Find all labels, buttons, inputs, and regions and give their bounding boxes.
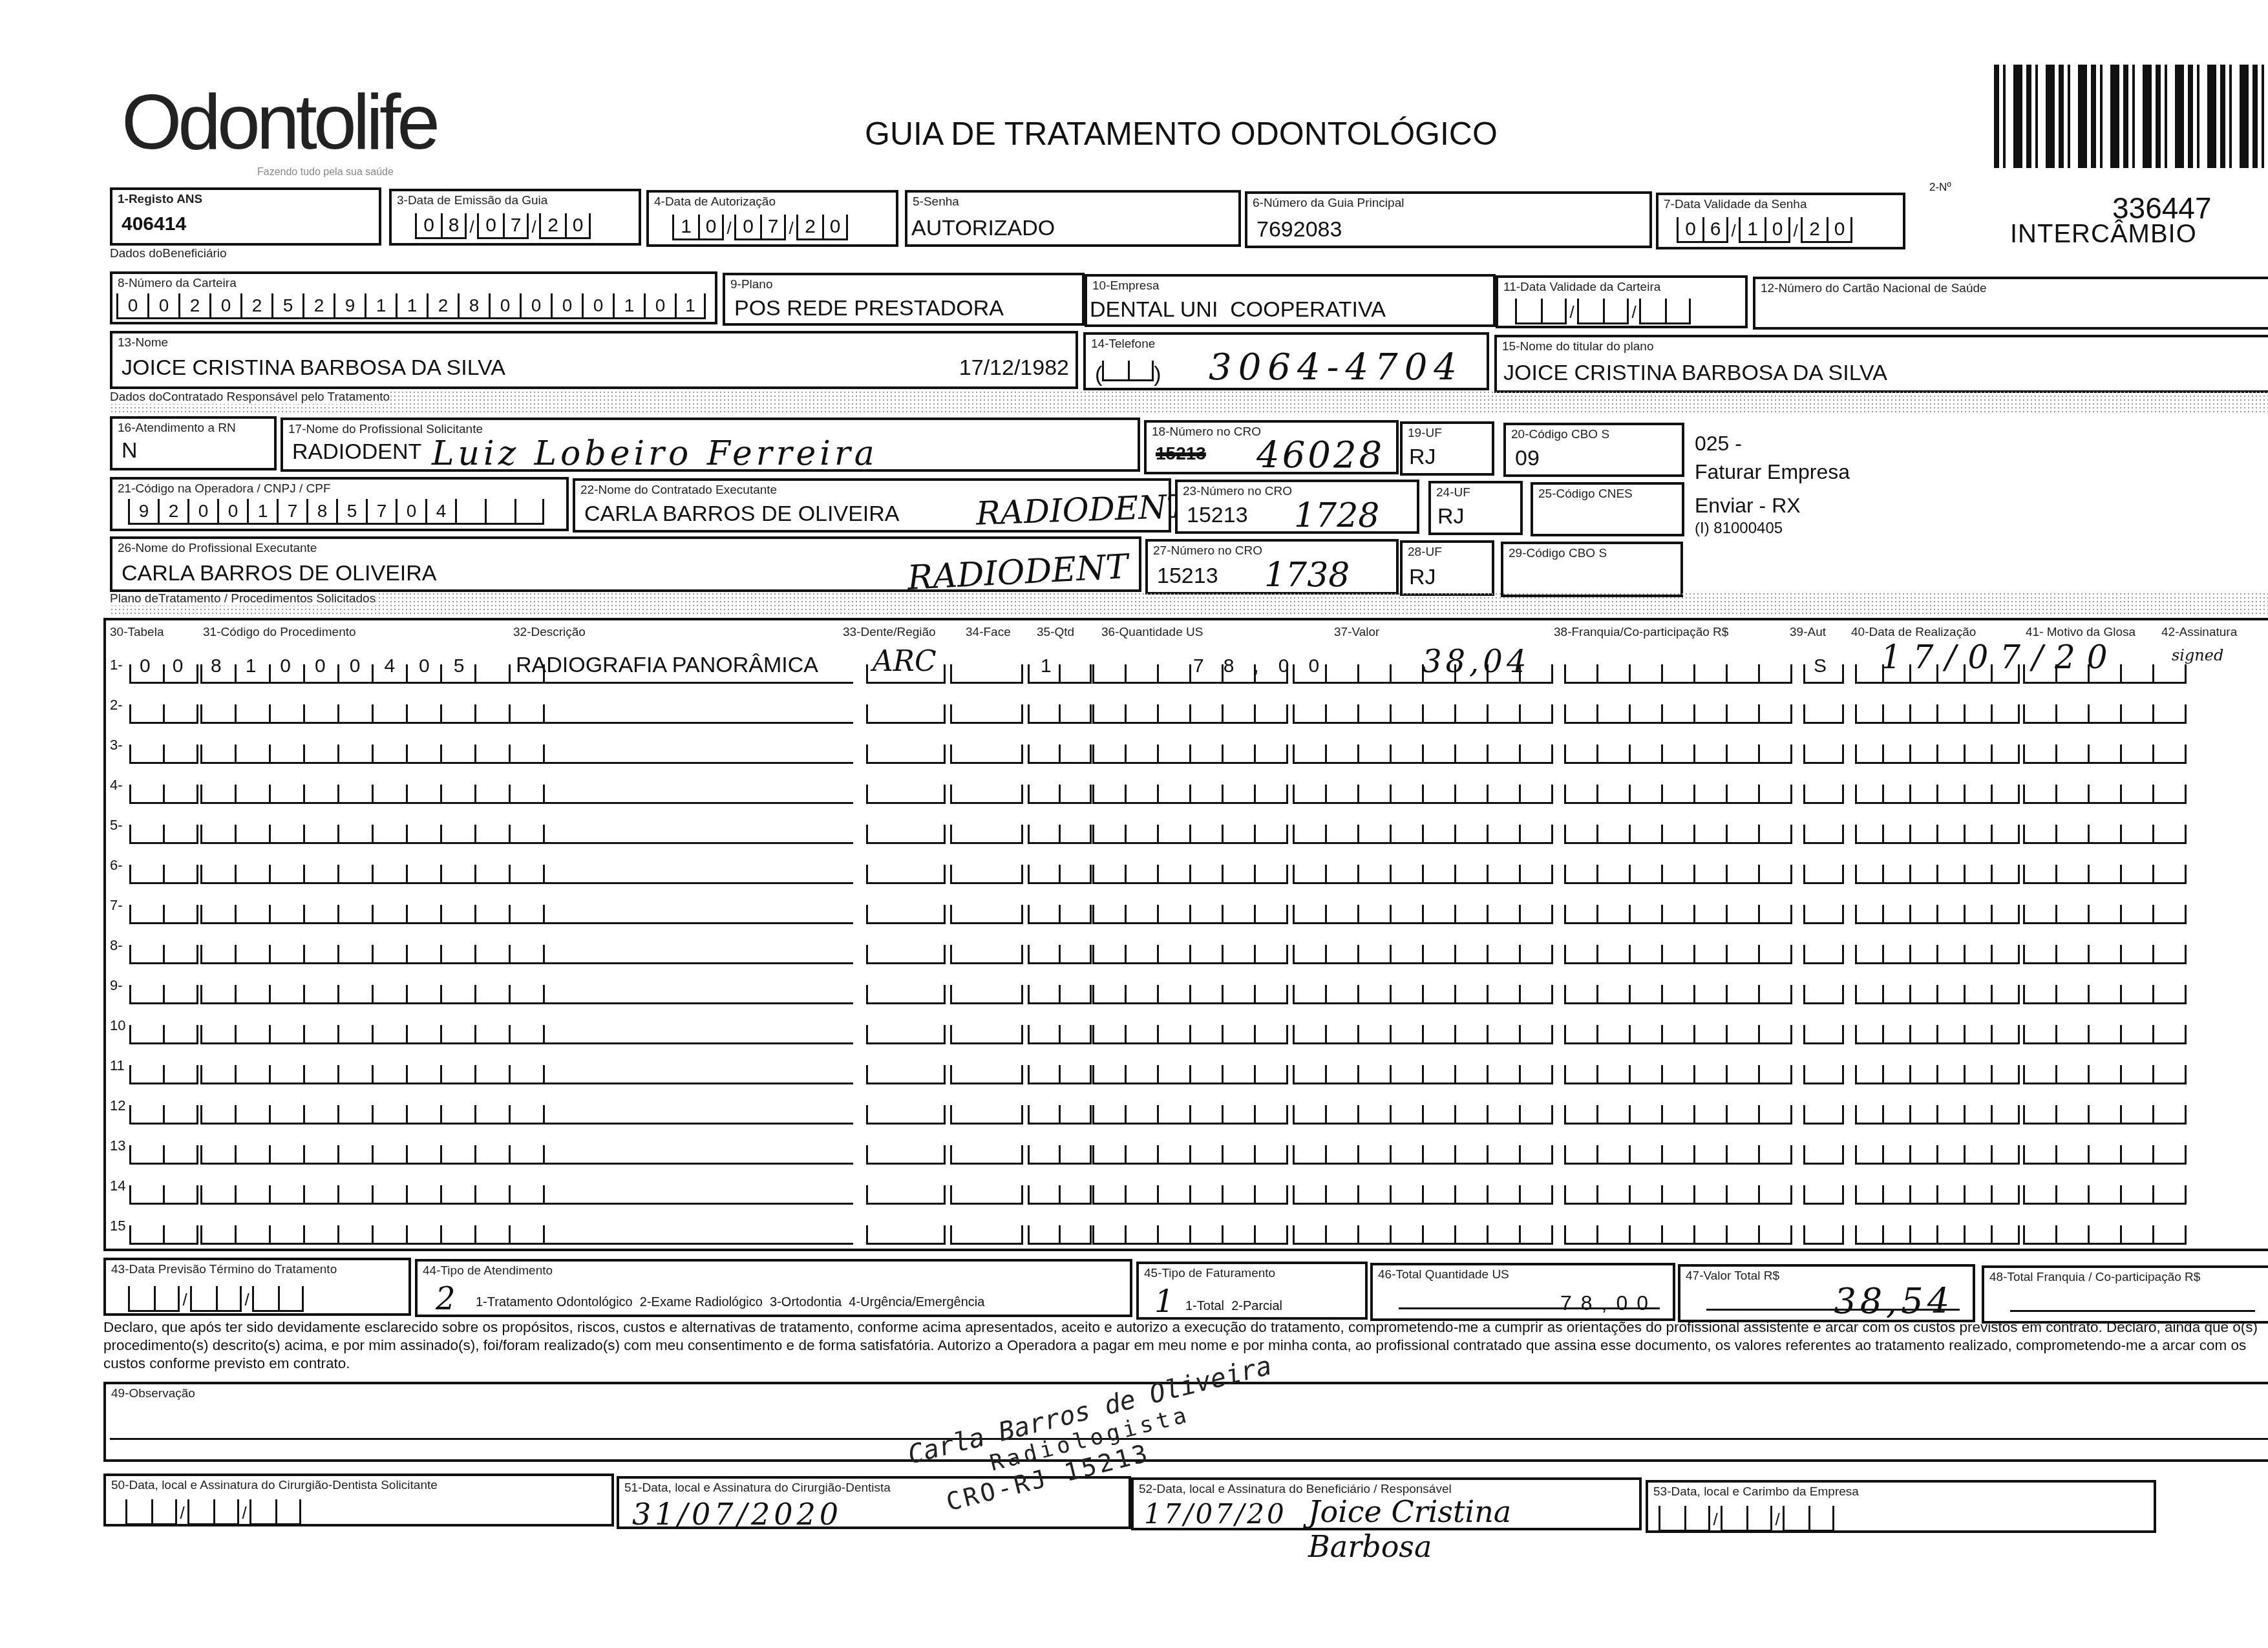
field-uf-executante[interactable]: 24-UF RJ (1428, 481, 1523, 535)
page-title: GUIA DE TRATAMENTO ODONTOLÓGICO (865, 115, 1498, 153)
table-row: 13 (110, 1128, 2268, 1168)
field-assinatura-beneficiario[interactable]: 52-Data, local e Assinatura do Beneficiá… (1131, 1477, 1642, 1530)
field-value: 09 (1515, 446, 1540, 471)
field-value: JOICE CRISTINA BARBOSA DA SILVA (122, 355, 505, 381)
col-qtd: 35-Qtd (1037, 626, 1074, 640)
col-descricao: 32-Descrição (513, 626, 586, 640)
field-label: 11-Data Validade da Carteira (1503, 280, 1660, 295)
field-nome[interactable]: 13-Nome JOICE CRISTINA BARBOSA DA SILVA … (110, 331, 1078, 389)
table-row: 7- (110, 888, 2268, 928)
row-number: 12 (110, 1097, 132, 1114)
field-codigo-operadora[interactable]: 21-Código na Operadora / CNPJ / CPF 9200… (110, 477, 569, 531)
field-label: 8-Número da Carteira (118, 277, 237, 291)
field-assinatura-solicitante[interactable]: 50-Data, local e Assinatura do Cirurgião… (103, 1474, 614, 1527)
cell-codigo: 81000405 (211, 655, 488, 677)
field-total-franquia[interactable]: 48-Total Franquia / Co-participação R$ (1982, 1265, 2268, 1324)
table-row: 10 (110, 1008, 2268, 1048)
table-row: 2- (110, 688, 2268, 728)
field-value: 15213 (1157, 564, 1218, 589)
field-label: 10-Empresa (1092, 279, 1160, 293)
handwritten-cro: 1738 (1264, 556, 1350, 595)
field-label: 45-Tipo de Faturamento (1144, 1267, 1275, 1281)
note-enviar: Enviar - RX (1695, 491, 1850, 520)
col-qtd-us: 36-Quantidade US (1101, 626, 1203, 640)
field-label: 27-Número no CRO (1153, 544, 1262, 558)
side-notes: 025 - Faturar Empresa Enviar - RX (I) 81… (1695, 429, 1850, 538)
col-valor: 37-Valor (1334, 626, 1379, 640)
field-label: 43-Data Previsão Término do Tratamento (111, 1263, 337, 1277)
tipo-faturamento-options: 1-Total 2-Parcial (1185, 1299, 1282, 1314)
cell-aut: S (1814, 655, 1827, 677)
col-tabela: 30-Tabela (110, 626, 164, 640)
field-validade-senha[interactable]: 7-Data Validade da Senha 06/ 10/ 20 (1656, 193, 1905, 249)
field-cro-profissional[interactable]: 27-Número no CRO 15213 1738 (1145, 539, 1399, 595)
table-row: 12 (110, 1088, 2268, 1128)
field-label: 3-Data de Emissão da Guia (397, 194, 547, 208)
field-label: 23-Número no CRO (1183, 485, 1292, 499)
field-label: 13-Nome (118, 336, 168, 350)
field-atendimento-rn[interactable]: 16-Atendimento a RN N (110, 416, 277, 470)
cell-valor: 38,04 (1422, 644, 1530, 680)
field-label: 46-Total Quantidade US (1378, 1268, 1509, 1282)
field-titular[interactable]: 15-Nome do titular do plano JOICE CRISTI… (1494, 335, 2268, 393)
section-beneficiario: Dados doBeneficiário (110, 247, 227, 261)
beneficiario-signature: Joice Cristina Barbosa (1308, 1494, 1639, 1564)
field-value: DENTAL UNI COOPERATIVA (1090, 297, 1386, 322)
handwritten-stamp: RADIODENT (975, 487, 1189, 532)
field-guia-principal[interactable]: 6-Número da Guia Principal 7692083 (1245, 191, 1652, 248)
row-number: 1- (110, 657, 132, 673)
field-label: 21-Código na Operadora / CNPJ / CPF (118, 482, 331, 496)
cell-data: 17/07/20 (1881, 639, 2119, 676)
row-number: 7- (110, 897, 132, 914)
field-label: 53-Data, local e Carimbo da Empresa (1653, 1485, 1859, 1499)
field-label: 48-Total Franquia / Co-participação R$ (1989, 1271, 2200, 1285)
col-face: 34-Face (966, 626, 1011, 640)
field-value: RJ (1437, 504, 1465, 529)
row-number: 6- (110, 857, 132, 874)
cell-descricao: RADIOGRAFIA PANORÂMICA (516, 653, 818, 678)
field-telefone[interactable]: 14-Telefone () 3064-4704 (1083, 332, 1489, 390)
date-digits: // (1515, 299, 1691, 324)
number-label: 2-Nº (1929, 181, 1951, 194)
tipo-atendimento-value: 2 (436, 1281, 456, 1317)
field-registro-ans[interactable]: 1-Registo ANS 406414 (110, 187, 381, 246)
date-digits: // (125, 1499, 301, 1525)
handwritten-name: Luiz Lobeiro Ferreira (432, 434, 878, 473)
field-cbo-solicitante[interactable]: 20-Código CBO S 09 (1503, 423, 1684, 477)
logo: Odontolife Fazendo tudo pela sua saúde (122, 78, 419, 181)
table-row: 15 (110, 1209, 2268, 1249)
note-code: 025 - (1695, 429, 1850, 458)
table-row: 11 (110, 1048, 2268, 1088)
struck-cro: 15213 (1156, 443, 1206, 464)
field-label: 28-UF (1408, 545, 1442, 560)
birth-date: 17/12/1982 (959, 355, 1069, 381)
dentista-date: 31/07/2020 (632, 1497, 842, 1532)
field-value: AUTORIZADO (911, 216, 1055, 241)
table-row: 9- (110, 968, 2268, 1008)
field-value: 15213 (1187, 503, 1248, 528)
col-data: 40-Data de Realização (1851, 626, 1976, 640)
cell-qtd-us: 78,00 (1193, 655, 1339, 677)
section-contratado: Dados doContratado Responsável pelo Trat… (110, 390, 2268, 414)
logo-tagline: Fazendo tudo pela sua saúde (257, 167, 394, 178)
field-cbo-profissional[interactable]: 29-Código CBO S (1501, 542, 1683, 597)
field-value: POS REDE PRESTADORA (734, 296, 1004, 321)
field-label: 16-Atendimento a RN (118, 421, 236, 436)
beneficiario-date: 17/07/20 (1144, 1498, 1287, 1530)
date-digits: // (128, 1286, 304, 1312)
declaration-text: Declaro, que após ter sido devidamente e… (103, 1318, 2262, 1373)
row-number: 14 (110, 1178, 132, 1194)
date-digits: 06/ 10/ 20 (1677, 217, 1852, 243)
field-senha[interactable]: 5-Senha AUTORIZADO (905, 190, 1241, 247)
table-row: 5- (110, 808, 2268, 848)
col-assinatura: 42-Assinatura (2161, 626, 2237, 640)
field-cartao-nacional[interactable]: 12-Número do Cartão Nacional de Saúde (1753, 277, 2268, 330)
carteira-digits: 0020252911280000101 (116, 293, 706, 319)
table-row: 3- (110, 728, 2268, 768)
row-number: 4- (110, 777, 132, 794)
cell-assinatura-mark: signed (2172, 646, 2223, 664)
field-label: 5-Senha (913, 195, 959, 209)
table-row: 8- (110, 928, 2268, 968)
field-value: 406414 (122, 213, 186, 235)
field-valor-total[interactable]: 47-Valor Total R$ 38,54 (1678, 1264, 1975, 1322)
field-label: 7-Data Validade da Senha (1664, 198, 1807, 212)
col-glosa: 41- Motivo da Glosa (2026, 626, 2136, 640)
handwritten-stamp: RADIODENT (907, 547, 1129, 598)
col-aut: 39-Aut (1790, 626, 1826, 640)
logo-text: Odontolife (122, 78, 436, 167)
note-faturar: Faturar Empresa (1695, 458, 1850, 486)
field-label: 20-Código CBO S (1511, 428, 1609, 442)
col-franquia: 38-Franquia/Co-participação R$ (1554, 626, 1728, 640)
field-data-autorizacao[interactable]: 4-Data de Autorização 10/ 07/ 20 (646, 190, 898, 247)
field-value: JOICE CRISTINA BARBOSA DA SILVA (1503, 361, 1887, 386)
field-label: 51-Data, local e Assinatura do Cirurgião… (624, 1481, 891, 1495)
field-label: 18-Número no CRO (1152, 425, 1261, 439)
barcode (1994, 65, 2268, 168)
row-number: 13 (110, 1137, 132, 1154)
field-label: 9-Plano (730, 278, 773, 292)
date-digits: 08/ 07/ 20 (415, 213, 591, 239)
field-uf-solicitante[interactable]: 19-UF RJ (1400, 421, 1494, 476)
cell-qtd: 1 (1041, 655, 1052, 677)
handwritten-cro: 46028 (1256, 434, 1384, 476)
cell-dente: ARC (873, 645, 937, 678)
field-label: 15-Nome do titular do plano (1502, 340, 1653, 354)
handwritten-cro: 1728 (1294, 496, 1379, 535)
field-value: 7692083 (1256, 217, 1342, 242)
row-number: 8- (110, 937, 132, 954)
field-value: RADIODENT (292, 439, 421, 465)
field-label: 6-Número da Guia Principal (1253, 196, 1404, 211)
row-number: 15 (110, 1218, 132, 1234)
field-empresa[interactable]: 10-Empresa DENTAL UNI COOPERATIVA (1085, 274, 1496, 327)
field-total-us[interactable]: 46-Total Quantidade US 78,00 (1370, 1263, 1675, 1321)
field-carimbo-empresa[interactable]: 53-Data, local e Carimbo da Empresa // (1646, 1480, 2156, 1533)
field-cro-solicitante[interactable]: 18-Número no CRO 15213 46028 (1144, 420, 1399, 474)
cell-tabela: 00 (140, 655, 205, 677)
field-value: CARLA BARROS DE OLIVEIRA (122, 561, 437, 586)
phone-number: 3064-4704 (1209, 346, 1463, 388)
field-label: 1-Registo ANS (118, 193, 202, 207)
field-label: 47-Valor Total R$ (1686, 1269, 1779, 1284)
table-row: 14 (110, 1168, 2268, 1209)
field-label: 50-Data, local e Assinatura do Cirurgião… (111, 1479, 438, 1493)
field-uf-profissional[interactable]: 28-UF RJ (1400, 540, 1494, 596)
phone-ddd: () (1095, 361, 1161, 387)
col-dente: 33-Dente/Região (843, 626, 936, 640)
field-plano[interactable]: 9-Plano POS REDE PRESTADORA (723, 273, 1085, 326)
note-id: (I) 81000405 (1695, 520, 1850, 538)
field-label: 12-Número do Cartão Nacional de Saúde (1761, 282, 1987, 296)
table-row: 1-0081000405RADIOGRAFIA PANORÂMICAARC178… (110, 648, 2268, 688)
row-number: 9- (110, 977, 132, 994)
field-value: RJ (1409, 565, 1436, 590)
field-contratado-executante[interactable]: 22-Nome do Contratado Executante CARLA B… (573, 478, 1171, 533)
field-value: RJ (1409, 445, 1436, 470)
row-number: 2- (110, 697, 132, 713)
field-cro-executante[interactable]: 23-Número no CRO 15213 1728 (1175, 480, 1419, 534)
table-row: 6- (110, 848, 2268, 888)
field-tipo-atendimento[interactable]: 44-Tipo de Atendimento 2 1-Tratamento Od… (415, 1259, 1132, 1317)
total-us-value: 78,00 (1560, 1291, 1657, 1315)
field-label: 26-Nome do Profissional Executante (118, 542, 317, 556)
field-profissional-executante[interactable]: 26-Nome do Profissional Executante CARLA… (110, 536, 1141, 592)
valor-total-value: 38,54 (1834, 1281, 1953, 1322)
table-row: 4- (110, 768, 2268, 808)
field-tipo-faturamento[interactable]: 45-Tipo de Faturamento 1 1-Total 2-Parci… (1136, 1262, 1368, 1320)
date-digits: 10/ 07/ 20 (672, 215, 848, 240)
section-procedimentos: Plano deTratamento / Procedimentos Solic… (110, 592, 2268, 615)
field-previsao-termino[interactable]: 43-Data Previsão Término do Tratamento /… (103, 1258, 411, 1316)
field-value: CARLA BARROS DE OLIVEIRA (584, 502, 900, 527)
field-label: 24-UF (1436, 486, 1470, 500)
operadora-digits: 92001785704 (128, 499, 544, 525)
field-label: 14-Telefone (1091, 337, 1155, 352)
field-validade-carteira[interactable]: 11-Data Validade da Carteira // (1496, 275, 1748, 328)
date-digits: // (1659, 1506, 1834, 1532)
tipo-faturamento-value: 1 (1154, 1284, 1174, 1320)
barcode-subtitle: INTERCÂMBIO (2010, 220, 2197, 249)
row-number: 5- (110, 817, 132, 834)
row-number: 11 (110, 1057, 132, 1074)
field-value: N (122, 438, 138, 463)
field-label: 22-Nome do Contratado Executante (580, 483, 777, 498)
field-data-emissao[interactable]: 3-Data de Emissão da Guia 08/ 07/ 20 (389, 189, 641, 246)
field-label: 19-UF (1408, 427, 1442, 441)
field-cnes[interactable]: 25-Código CNES (1531, 482, 1684, 536)
tipo-atendimento-options: 1-Tratamento Odontológico 2-Exame Radiol… (476, 1295, 984, 1310)
col-codigo: 31-Código do Procedimento (203, 626, 356, 640)
row-number: 3- (110, 737, 132, 754)
field-label: 44-Tipo de Atendimento (423, 1264, 553, 1278)
field-label: 25-Código CNES (1538, 487, 1633, 502)
field-numero-carteira[interactable]: 8-Número da Carteira 0020252911280000101 (110, 271, 717, 324)
field-label: 49-Observação (111, 1387, 195, 1401)
field-label: 4-Data de Autorização (654, 195, 776, 209)
field-label: 29-Código CBO S (1509, 547, 1607, 561)
row-number: 10 (110, 1017, 132, 1034)
field-profissional-solicitante[interactable]: 17-Nome do Profissional Solicitante RADI… (281, 417, 1140, 472)
